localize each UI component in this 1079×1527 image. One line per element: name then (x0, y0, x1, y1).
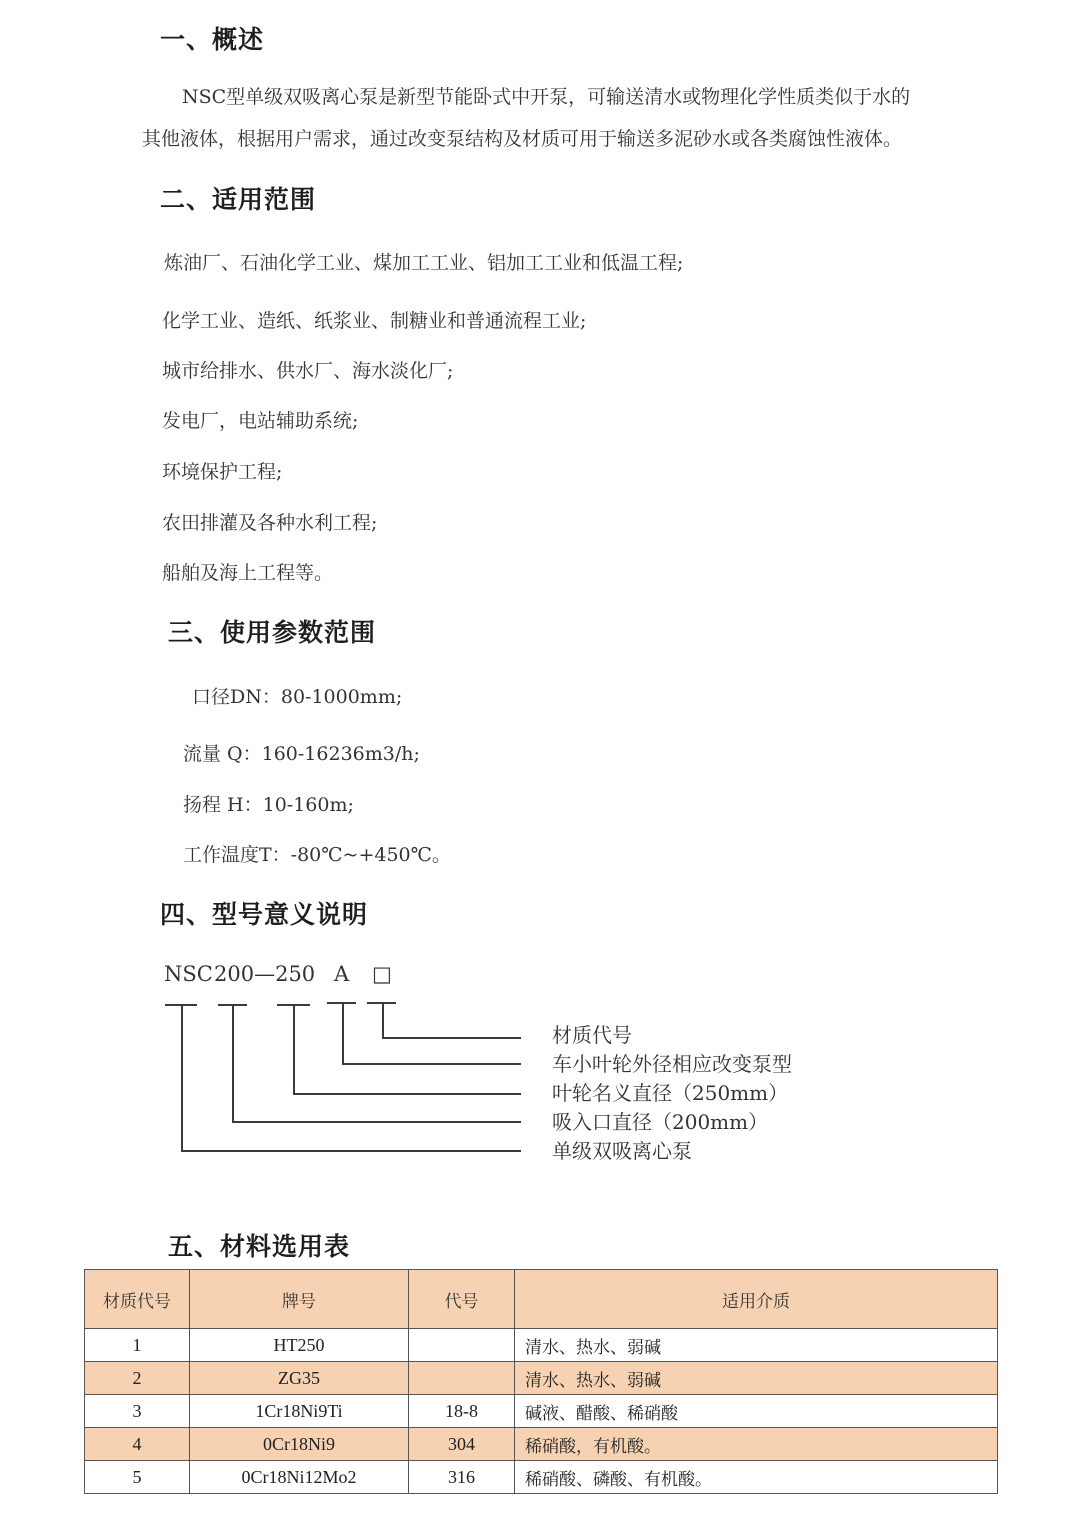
legend-material-code: 材质代号 (552, 1019, 632, 1048)
application-item: 化学工业、造纸、纸浆业、制糖业和普通流程工业; (162, 306, 586, 333)
model-material-box: □ (372, 962, 392, 986)
param-temperature: 工作温度T：-80℃~+450℃。 (183, 840, 451, 867)
header-material-no: 材质代号 (85, 1270, 190, 1329)
header-grade: 牌号 (190, 1270, 409, 1329)
application-item: 农田排灌及各种水利工程; (162, 508, 377, 535)
legend-trimmed-impeller: 车小叶轮外径相应改变泵型 (552, 1048, 792, 1077)
header-medium: 适用介质 (515, 1270, 998, 1329)
header-code: 代号 (409, 1270, 515, 1329)
cell-code (409, 1329, 515, 1362)
cell-material-no: 4 (85, 1428, 190, 1461)
leader-variant (342, 1063, 521, 1065)
table-row: 4 0Cr18Ni9 304 稀硝酸，有机酸。 (85, 1428, 998, 1461)
cell-code (409, 1362, 515, 1395)
table-row: 1 HT250 清水、热水、弱碱 (85, 1329, 998, 1362)
application-item: 发电厂，电站辅助系统; (162, 406, 358, 433)
cell-grade: 0Cr18Ni12Mo2 (190, 1461, 409, 1494)
cell-code: 304 (409, 1428, 515, 1461)
bracket-inlet-stem (232, 1005, 234, 1122)
legend-impeller-diameter: 叶轮名义直径（250mm） (552, 1077, 788, 1106)
application-item: 城市给排水、供水厂、海水淡化厂; (162, 356, 453, 383)
bracket-variant-stem (342, 1003, 344, 1064)
model-variant: A (334, 962, 349, 986)
leader-material (382, 1037, 521, 1039)
cell-material-no: 5 (85, 1461, 190, 1494)
bracket-material-stem (382, 1003, 384, 1038)
application-item: 环境保护工程; (162, 457, 282, 484)
leader-inlet (232, 1121, 521, 1123)
cell-material-no: 3 (85, 1395, 190, 1428)
cell-grade: 1Cr18Ni9Ti (190, 1395, 409, 1428)
cell-grade: HT250 (190, 1329, 409, 1362)
cell-code: 18-8 (409, 1395, 515, 1428)
table-row: 3 1Cr18Ni9Ti 18-8 碱液、醋酸、稀硝酸 (85, 1395, 998, 1428)
leader-impeller (293, 1093, 521, 1095)
legend-pump-type: 单级双吸离心泵 (552, 1135, 692, 1164)
bracket-impeller-stem (293, 1005, 295, 1094)
cell-material-no: 2 (85, 1362, 190, 1395)
section-overview-title: 一、概述 (160, 20, 264, 56)
cell-grade: 0Cr18Ni9 (190, 1428, 409, 1461)
application-item: 炼油厂、石油化学工业、煤加工工业、铝加工工业和低温工程; (164, 248, 683, 275)
param-flow: 流量 Q：160-16236m3/h; (183, 739, 420, 766)
param-diameter: 口径DN：80-1000mm; (192, 682, 402, 709)
section-parameters-title: 三、使用参数范围 (168, 613, 376, 649)
cell-medium: 清水、热水、弱碱 (515, 1329, 998, 1362)
legend-inlet-diameter: 吸入口直径（200mm） (552, 1106, 768, 1135)
model-series: NSC (164, 962, 213, 986)
cell-grade: ZG35 (190, 1362, 409, 1395)
overview-paragraph-line1: NSC型单级双吸离心泵是新型节能卧式中开泵，可输送清水或物理化学性质类似于水的 (182, 82, 910, 109)
section-model-title: 四、型号意义说明 (160, 895, 368, 931)
cell-medium: 碱液、醋酸、稀硝酸 (515, 1395, 998, 1428)
cell-medium: 稀硝酸、磷酸、有机酸。 (515, 1461, 998, 1494)
bracket-series-stem (181, 1005, 183, 1151)
section-applications-title: 二、适用范围 (160, 180, 316, 216)
section-materials-title: 五、材料选用表 (168, 1227, 350, 1263)
cell-medium: 稀硝酸，有机酸。 (515, 1428, 998, 1461)
materials-table: 材质代号 牌号 代号 适用介质 1 HT250 清水、热水、弱碱 2 ZG35 … (84, 1269, 998, 1494)
model-code: 200—250 (214, 962, 315, 986)
application-item: 船舶及海上工程等。 (162, 558, 333, 585)
table-row: 5 0Cr18Ni12Mo2 316 稀硝酸、磷酸、有机酸。 (85, 1461, 998, 1494)
leader-series (181, 1150, 521, 1152)
overview-paragraph-line2: 其他液体，根据用户需求，通过改变泵结构及材质可用于输送多泥砂水或各类腐蚀性液体。 (142, 124, 902, 151)
table-row: 2 ZG35 清水、热水、弱碱 (85, 1362, 998, 1395)
cell-material-no: 1 (85, 1329, 190, 1362)
param-head: 扬程 H：10-160m; (183, 790, 354, 817)
cell-code: 316 (409, 1461, 515, 1494)
cell-medium: 清水、热水、弱碱 (515, 1362, 998, 1395)
table-header-row: 材质代号 牌号 代号 适用介质 (85, 1270, 998, 1329)
